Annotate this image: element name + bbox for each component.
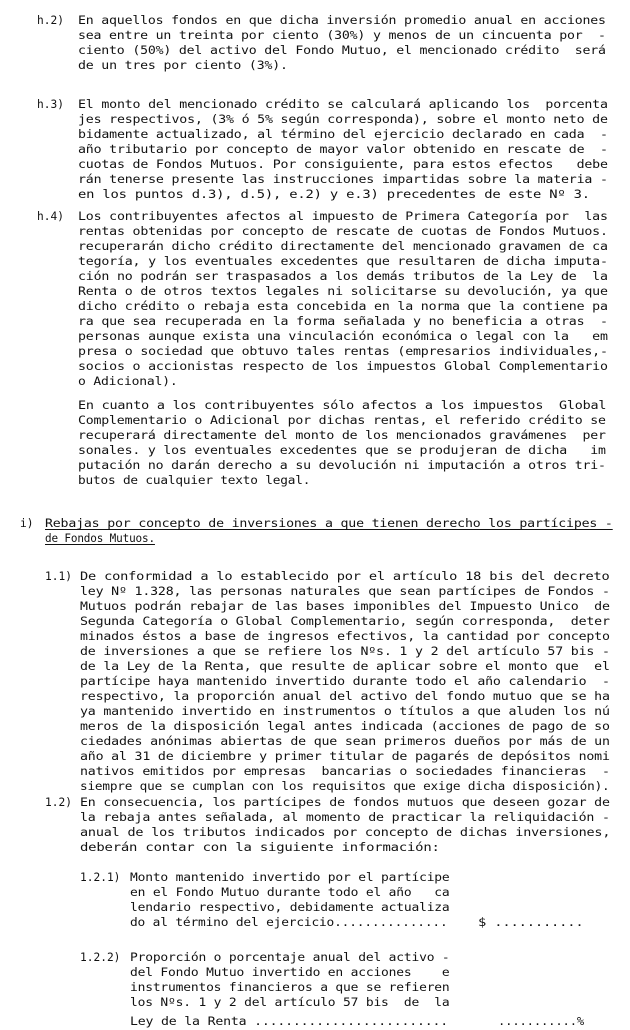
paragraph-line: lendario respectivo, debidamente actuali… [130,900,450,915]
paragraph-line: recuperarán dicho crédito directamente d… [78,239,608,254]
paragraph-line: En aquellos fondos en que dicha inversió… [78,13,606,28]
paragraph-line: recuperará directamente del monto de los… [78,428,606,443]
paragraph-line: Proporción o porcentaje anual del activo… [130,950,450,965]
paragraph-line: Renta o de otros textos legales ni solic… [78,284,608,299]
paragraph-line: putación no darán derecho a su devolució… [78,458,606,473]
paragraph-line: dicho crédito o rebaja esta concebida en… [78,299,608,314]
paragraph-line: año al 31 de diciembre y primer titular … [80,749,610,764]
paragraph-line: do al término del ejercicio.............… [130,915,448,930]
paragraph-line: sonales. y los eventuales excedentes que… [78,443,606,458]
section-label-i1: 1.1) [45,569,72,584]
paragraph-line: de un tres por ciento (3%). [78,58,288,73]
section-label-h2: h.2) [37,13,64,28]
paragraph-line: de la Ley de la Renta, que resulte de ap… [80,659,610,674]
paragraph-line: En consecuencia, los partícipes de fondo… [80,795,610,810]
paragraph-line: Monto mantenido invertido por el partíci… [130,870,450,885]
paragraph-line: meros de la disposición legal antes indi… [80,719,610,734]
paragraph-line: socios o accionistas respecto de los imp… [78,359,608,374]
paragraph-line: la rebaja antes señalada, al momento de … [80,810,610,825]
paragraph-line: bidamente actualizado, al término del ej… [78,127,608,142]
section-label-h4: h.4) [37,209,64,224]
paragraph-line: ra que sea recuperada en la forma señala… [78,314,608,329]
paragraph-line: ley Nº 1.328, las personas naturales que… [80,584,610,599]
paragraph-line: sea entre un treinta por ciento (30%) y … [78,28,606,43]
section-label-h3: h.3) [37,97,64,112]
paragraph-line: en el Fondo Mutuo durante todo el año ca [130,885,450,900]
section-label-i21: 1.2.1) [80,870,120,885]
paragraph-line: año tributario por concepto de mayor val… [78,142,608,157]
section-label-i: i) [20,516,33,531]
paragraph-line: De conformidad a lo establecido por el a… [80,569,610,584]
paragraph-line: siempre que se cumplan con los requisito… [80,779,610,794]
paragraph-line: o Adicional). [78,374,178,389]
paragraph-line: los Nºs. 1 y 2 del artículo 57 bis de la [130,995,450,1010]
paragraph-line: del Fondo Mutuo invertido en acciones e [130,965,450,980]
paragraph-line: En cuanto a los contribuyentes sólo afec… [78,398,606,413]
paragraph-line: Segunda Categoría o Global Complementari… [80,614,610,629]
paragraph-line: en los puntos d.3), d.5), e.2) y e.3) pr… [78,187,590,202]
fill-in-field-i22: ...........% [498,1014,584,1029]
section-heading-line: Rebajas por concepto de inversiones a qu… [45,516,613,531]
paragraph-line: rán tenerse presente las instrucciones i… [78,172,608,187]
paragraph-line: nativos emitidos por empresas bancarias … [80,764,610,779]
paragraph-line: instrumentos financieros a que se refier… [130,980,450,995]
paragraph-line: rentas obtenidas por concepto de rescate… [78,224,608,239]
paragraph-line: minados éstos a base de ingresos efectiv… [80,629,610,644]
paragraph-line: ya mantenido invertido en instrumentos o… [80,704,610,719]
paragraph-line: respectivo, la proporción anual del acti… [80,689,610,704]
paragraph-line: ción no podrán ser traspasados a los dem… [78,269,608,284]
paragraph-line: partícipe haya mantenido invertido duran… [80,674,610,689]
paragraph-line: jes respectivos, (3% ó 5% según correspo… [78,112,608,127]
section-label-i22: 1.2.2) [80,950,120,965]
paragraph-line: personas aunque exista una vinculación e… [78,329,608,344]
paragraph-line: Ley de la Renta ........................… [130,1014,448,1029]
paragraph-line: El monto del mencionado crédito se calcu… [78,97,608,112]
section-heading-line: de Fondos Mutuos. [45,531,155,546]
paragraph-line: Mutuos podrán rebajar de las bases impon… [80,599,610,614]
paragraph-line: ciedades anónimas abiertas de que sean p… [80,734,610,749]
paragraph-line: Complementario o Adicional por dichas re… [78,413,606,428]
paragraph-line: butos de cualquier texto legal. [78,473,310,488]
paragraph-line: ciento (50%) del activo del Fondo Mutuo,… [78,43,606,58]
section-label-i2: 1.2) [45,795,72,810]
paragraph-line: cuotas de Fondos Mutuos. Por consiguient… [78,157,608,172]
paragraph-line: deberán contar con la siguiente informac… [80,840,440,855]
paragraph-line: presa o sociedad que obtuvo tales rentas… [78,344,608,359]
fill-in-field-i21: $ ........... [478,915,584,930]
paragraph-line: tegoría, y los eventuales excedentes que… [78,254,608,269]
paragraph-line: Los contribuyentes afectos al impuesto d… [78,209,608,224]
paragraph-line: de inversiones a que se refiere los Nºs.… [80,644,610,659]
paragraph-line: anual de los tributos indicados por conc… [80,825,610,840]
